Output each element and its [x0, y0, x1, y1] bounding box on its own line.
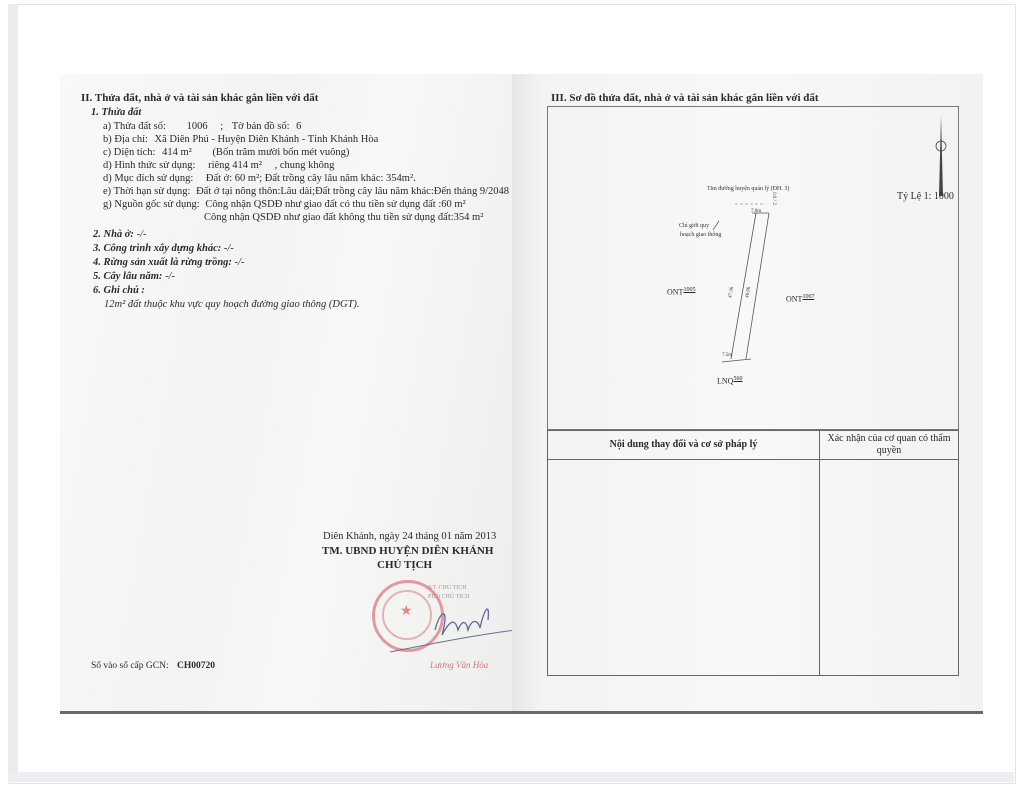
- neighbor-1005: ONT1005: [667, 284, 695, 299]
- item-label: 3. Công trình xây dựng khác:: [93, 243, 221, 254]
- usage-origin-value-1: Công nhận QSDĐ như giao đất có thu tiền …: [205, 199, 465, 210]
- parcel-number-value: 1006: [187, 121, 208, 132]
- item-value: -/-: [224, 243, 234, 254]
- col-header-changes: Nội dung thay đổi và cơ sở pháp lý: [548, 439, 819, 451]
- item-value: -/-: [137, 229, 147, 240]
- usage-term-row: e) Thời hạn sử dụng: Đất ở tại nông thôn…: [103, 186, 509, 198]
- usage-purpose-value: Đất ở: 60 m²; Đất trồng cây lâu năm khác…: [206, 173, 416, 184]
- land-type: ONT: [667, 288, 683, 297]
- item-value: -/-: [165, 271, 175, 282]
- usage-form-shared: , chung không: [275, 160, 335, 171]
- signer-name: Lương Văn Hòa: [430, 659, 488, 671]
- map-scale: Tỷ Lệ 1: 1000: [897, 191, 954, 203]
- road-label: Tim đường huyện quản lý (ĐH. 3): [707, 186, 789, 192]
- area-value: 414 m²: [162, 147, 192, 158]
- usage-term-label: e) Thời hạn sử dụng:: [103, 186, 190, 197]
- item-other-construction: 3. Công trình xây dựng khác: -/-: [93, 243, 234, 255]
- north-arrow-icon: [939, 116, 943, 196]
- item-house: 2. Nhà ở: -/-: [93, 229, 146, 241]
- item-value: -/-: [235, 257, 245, 268]
- address-row: b) Địa chỉ: Xã Diên Phú - Huyện Diên Khá…: [103, 134, 378, 146]
- parcel-number-row: a) Thửa đất số: 1006 ; Tờ bản đồ số: 6: [103, 121, 301, 133]
- usage-origin-label: g) Nguồn gốc sử dụng:: [103, 199, 200, 210]
- planning-label-2: hoạch giao thông: [680, 232, 721, 238]
- address-label: b) Địa chỉ:: [103, 134, 148, 145]
- usage-form-label: d) Hình thức sử dụng:: [103, 160, 195, 171]
- parcel-number-label: a) Thửa đất số:: [103, 121, 166, 132]
- address-value: Xã Diên Phú - Huyện Diên Khánh - Tỉnh Kh…: [155, 134, 379, 145]
- item-label: 6. Ghi chú :: [93, 285, 145, 296]
- registry-row: Số vào sổ cấp GCN: CH00720: [91, 660, 215, 672]
- neighbor-560: LNQ560: [717, 373, 742, 388]
- section-title-iii: III. Sơ đồ thửa đất, nhà ở và tài sản kh…: [551, 92, 819, 104]
- signature-org: TM. UBND HUYỆN DIÊN KHÁNH: [322, 545, 493, 557]
- map-sheet-value: 6: [296, 121, 301, 132]
- usage-term-value: Đất ở tại nông thôn:Lâu dài;Đất trồng câ…: [196, 186, 509, 197]
- item-label: 5. Cây lâu năm:: [93, 271, 162, 282]
- usage-origin-value-2: Công nhận QSDĐ như giao đất không thu ti…: [204, 212, 483, 224]
- usage-purpose-label: d) Mục đích sử dụng:: [103, 173, 193, 184]
- item-forest: 4. Rừng sản xuất là rừng trồng: -/-: [93, 257, 244, 269]
- land-type: LNQ: [717, 377, 733, 386]
- parcel-no: 1005: [683, 287, 695, 293]
- dim-setback: 0.9 / 2: [771, 192, 776, 205]
- parcel-heading: 1. Thửa đất: [91, 107, 141, 119]
- item-perennial: 5. Cây lâu năm: -/-: [93, 271, 175, 283]
- parcel-no: 560: [733, 376, 742, 382]
- signature-title: CHỦ TỊCH: [377, 559, 432, 571]
- changes-table: Nội dung thay đổi và cơ sở pháp lý Xác n…: [547, 430, 959, 676]
- note-text: 12m² đất thuộc khu vực quy hoạch đường g…: [104, 299, 360, 311]
- dim-top: 7.0m: [751, 209, 761, 214]
- registry-label: Số vào sổ cấp GCN:: [91, 661, 169, 671]
- separator: ;: [220, 121, 223, 132]
- land-type: ONT: [786, 295, 802, 304]
- viewer-left-edge: [8, 4, 18, 782]
- neighbor-1007: ONT1007: [786, 291, 814, 306]
- section-title-ii: II. Thửa đất, nhà ở và tài sản khác gắn …: [81, 92, 318, 104]
- usage-origin-row: g) Nguồn gốc sử dụng: Công nhận QSDĐ như…: [103, 199, 466, 211]
- area-row: c) Diện tích: 414 m² (Bốn trăm mười bốn …: [103, 147, 349, 159]
- registry-value: CH00720: [177, 661, 215, 671]
- area-label: c) Diện tích:: [103, 147, 155, 158]
- col-header-confirmation: Xác nhận của cơ quan có thẩm quyền: [820, 433, 958, 457]
- parcel-drawing: [547, 106, 957, 428]
- viewer-bottom-edge: [8, 772, 1014, 782]
- item-label: 4. Rừng sản xuất là rừng trồng:: [93, 257, 232, 268]
- planning-label-1: Chỉ giới quy: [679, 223, 709, 229]
- map-sheet-label: Tờ bản đồ số:: [232, 121, 290, 132]
- usage-purpose-row: d) Mục đích sử dụng: Đất ở: 60 m²; Đất t…: [103, 173, 416, 185]
- parcel-no: 1007: [802, 294, 814, 300]
- item-label: 2. Nhà ở:: [93, 229, 134, 240]
- usage-form-private: riêng 414 m²: [208, 160, 262, 171]
- area-in-words: (Bốn trăm mười bốn mét vuông): [212, 147, 349, 158]
- dim-bottom: 7.5m: [722, 353, 732, 358]
- item-notes: 6. Ghi chú :: [93, 285, 145, 297]
- usage-form-row: d) Hình thức sử dụng: riêng 414 m² , chu…: [103, 160, 334, 172]
- signature-date: Diên Khánh, ngày 24 tháng 01 năm 2013: [323, 531, 496, 543]
